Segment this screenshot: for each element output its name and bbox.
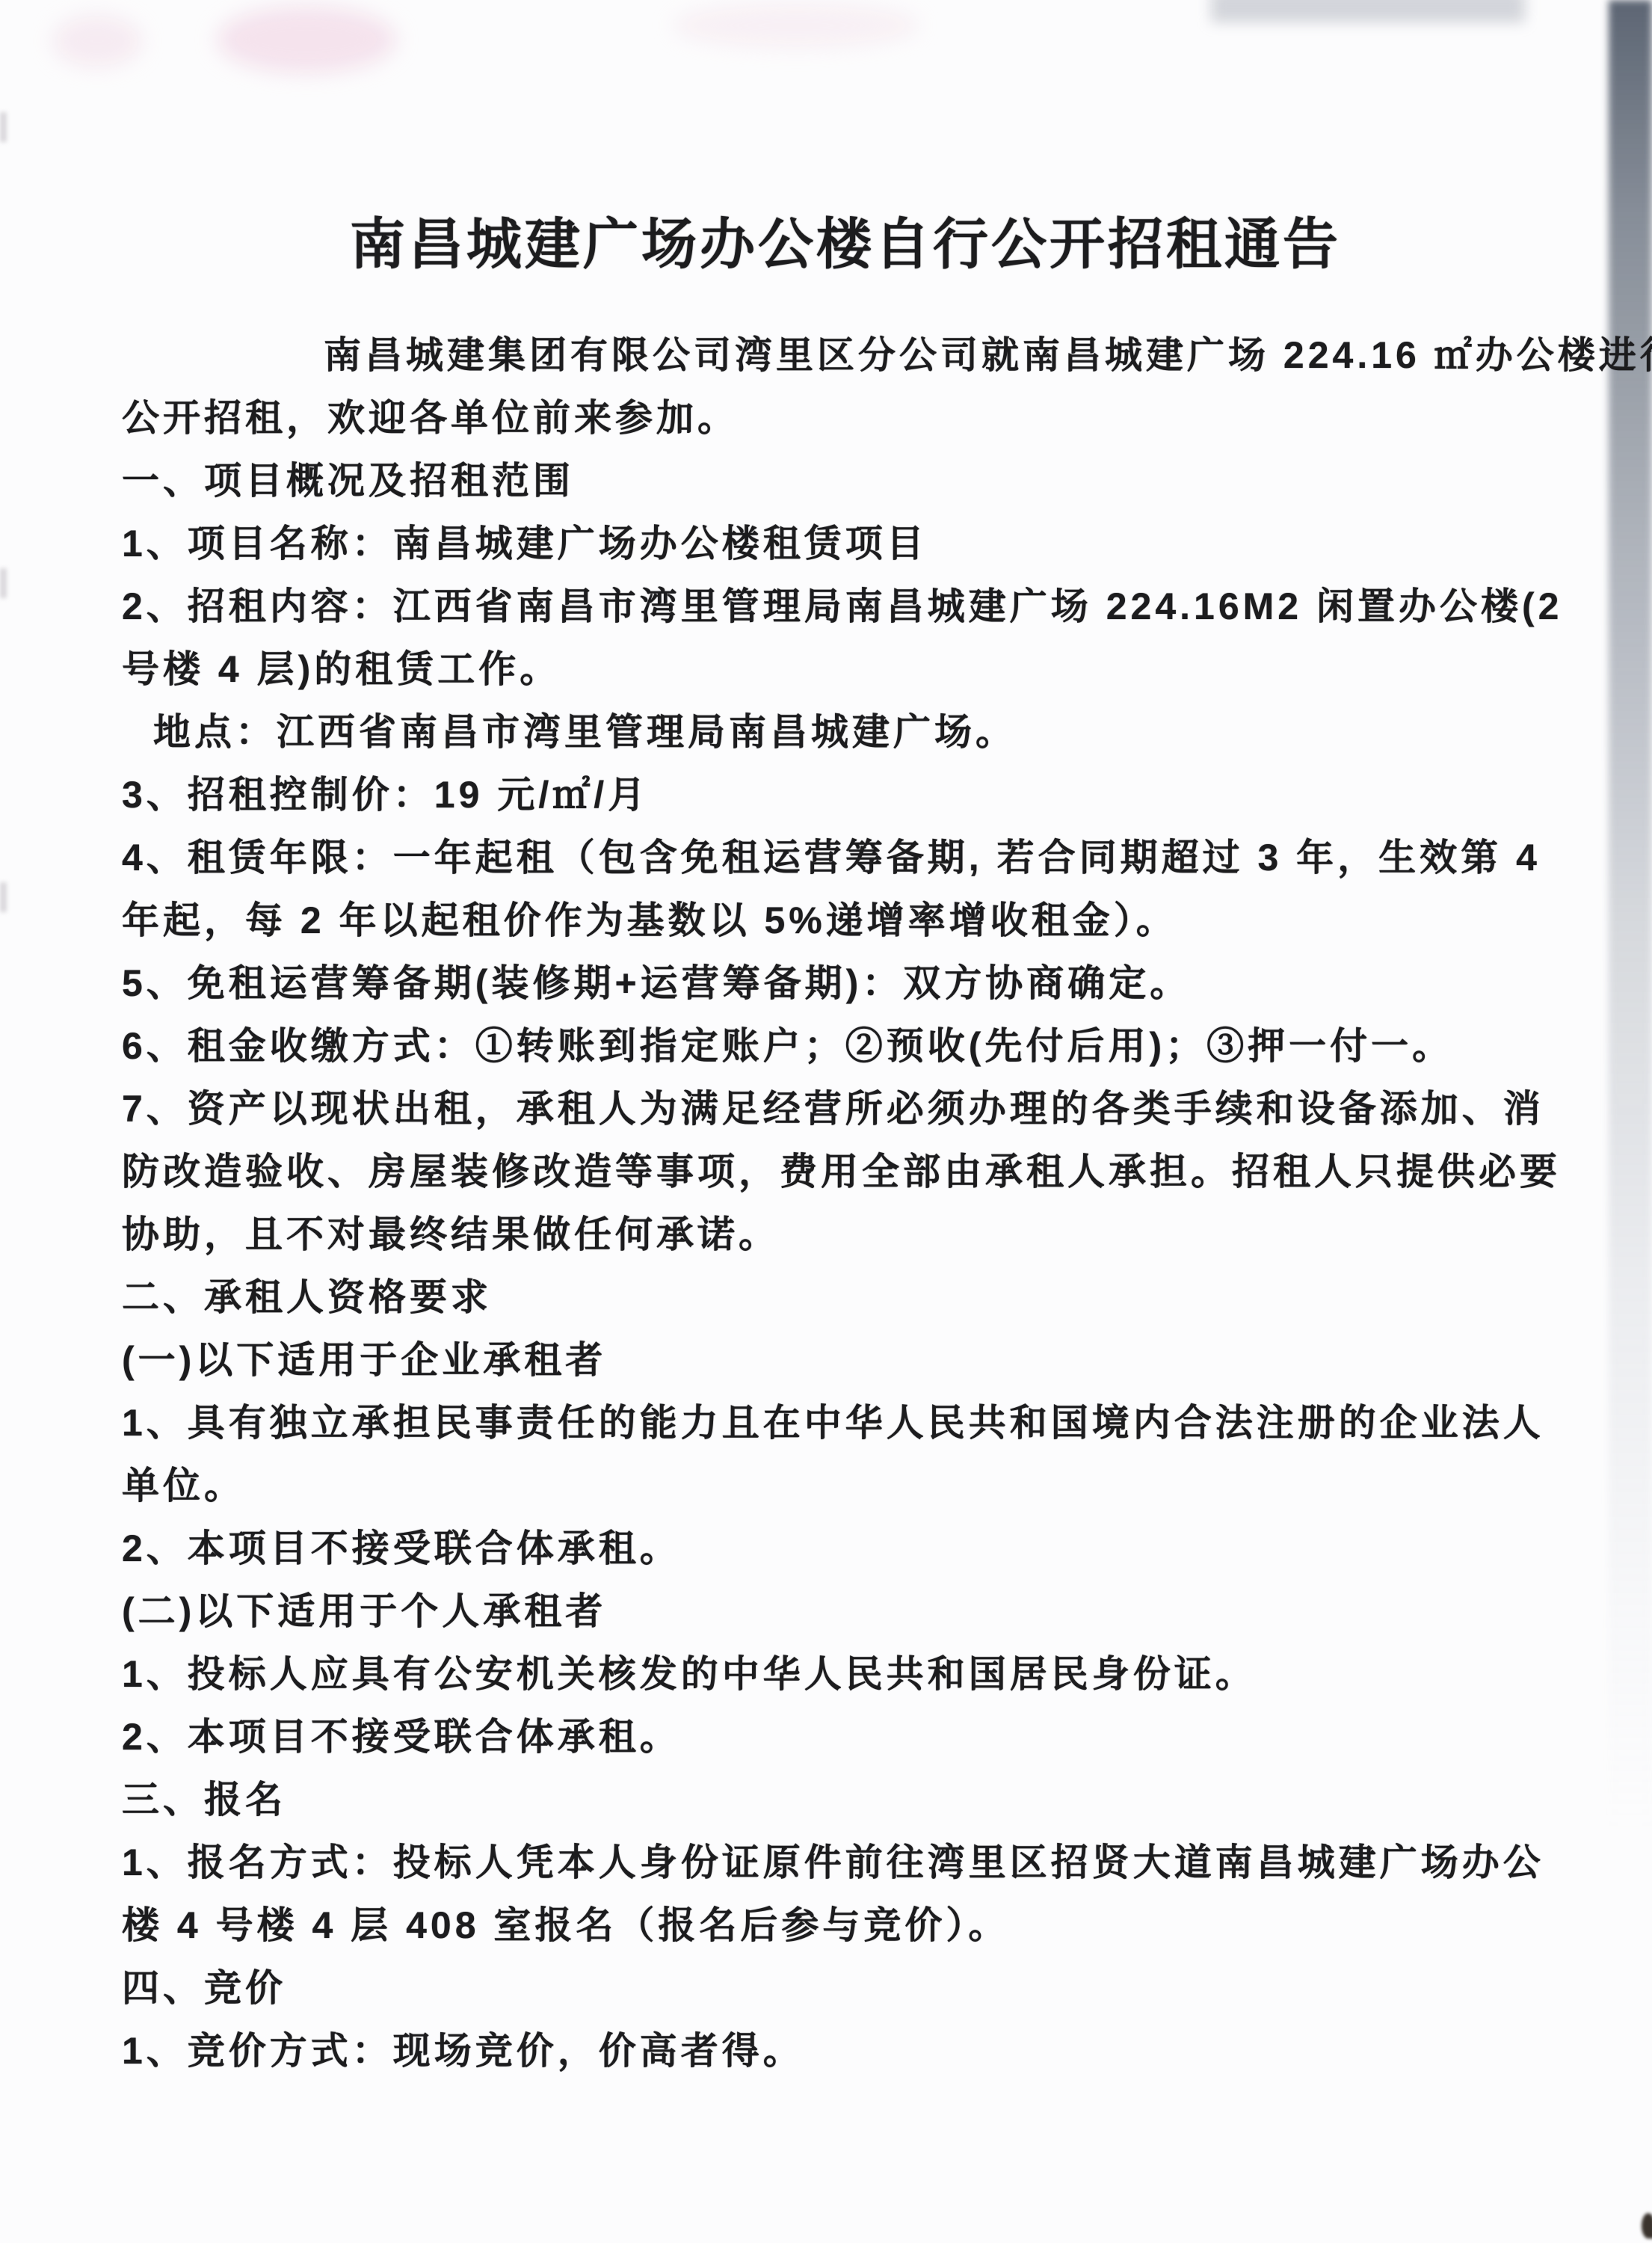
item-location: 地点：江西省南昌市湾里管理局南昌城建广场。: [122, 701, 1475, 763]
scan-smudge-top: [673, 3, 919, 48]
section-1-heading: 一、项目概况及招租范围: [122, 449, 1475, 512]
item-rent-free-period: 5、免租运营筹备期(装修期+运营筹备期)：双方协商确定。: [122, 952, 1475, 1015]
individual-req-2: 2、本项目不接受联合体承租。: [122, 1705, 1475, 1768]
item-payment-methods: 6、租金收缴方式：①转账到指定账户；②预收(先付后用)；③押一付一。: [122, 1015, 1475, 1077]
item-rental-content-line-1: 2、招租内容：江西省南昌市湾里管理局南昌城建广场 224.16M2 闲置办公楼(…: [122, 575, 1475, 638]
section-2-heading: 二、承租人资格要求: [122, 1266, 1475, 1329]
scan-smudge-top: [52, 15, 142, 67]
item-rental-content-line-2: 号楼 4 层)的租赁工作。: [122, 638, 1475, 701]
registration-method-line-1: 1、报名方式：投标人凭本人身份证原件前往湾里区招贤大道南昌城建广场办公: [122, 1831, 1475, 1894]
subsection-individual-heading: (二)以下适用于个人承租者: [122, 1580, 1475, 1643]
item-as-is-condition-line-1: 7、资产以现状出租，承租人为满足经营所必须办理的各类手续和设备添加、消: [122, 1077, 1475, 1140]
item-as-is-condition-line-3: 协助，且不对最终结果做任何承诺。: [122, 1203, 1475, 1266]
registration-method-line-2: 楼 4 号楼 4 层 408 室报名（报名后参与竞价）。: [122, 1894, 1475, 1957]
scan-mark-bottom-right-corner: [1642, 2213, 1652, 2239]
bidding-method: 1、竞价方式：现场竞价，价高者得。: [122, 2019, 1475, 2082]
document-body: 南昌城建集团有限公司湾里区分公司就南昌城建广场 224.16 ㎡办公楼进行 公开…: [122, 324, 1475, 2082]
subsection-enterprise-heading: (一)以下适用于企业承租者: [122, 1329, 1475, 1391]
enterprise-req-1-line-2: 单位。: [122, 1454, 1475, 1517]
enterprise-req-1-line-1: 1、具有独立承担民事责任的能力且在中华人民共和国境内合法注册的企业法人: [122, 1391, 1475, 1454]
individual-req-1: 1、投标人应具有公安机关核发的中华人民共和国居民身份证。: [122, 1643, 1475, 1705]
item-price-control: 3、招租控制价：19 元/㎡/月: [122, 763, 1475, 826]
intro-paragraph-line-2: 公开招租，欢迎各单位前来参加。: [122, 387, 1475, 449]
document-title: 南昌城建广场办公楼自行公开招租通告: [19, 200, 1652, 280]
intro-paragraph-line-1: 南昌城建集团有限公司湾里区分公司就南昌城建广场 224.16 ㎡办公楼进行: [122, 324, 1475, 387]
item-project-name: 1、项目名称：南昌城建广场办公楼租赁项目: [122, 512, 1475, 575]
item-lease-term-line-1: 4、租赁年限：一年起租（包含免租运营筹备期, 若合同期超过 3 年，生效第 4: [122, 826, 1475, 889]
scan-smudge-top-right: [1211, 0, 1525, 22]
scan-mark-left-edge: [0, 112, 7, 142]
scan-smudge-top: [217, 6, 396, 73]
scanned-document-page: 南昌城建广场办公楼自行公开招租通告 南昌城建集团有限公司湾里区分公司就南昌城建广…: [0, 0, 1652, 2243]
scan-mark-left-edge: [0, 882, 7, 912]
section-4-heading: 四、竞价: [122, 1957, 1475, 2019]
item-lease-term-line-2: 年起，每 2 年以起租价作为基数以 5%递增率增收租金）。: [122, 889, 1475, 952]
item-as-is-condition-line-2: 防改造验收、房屋装修改造等事项，费用全部由承租人承担。招租人只提供必要: [122, 1140, 1475, 1203]
scan-mark-left-edge: [0, 568, 7, 598]
section-3-heading: 三、报名: [122, 1768, 1475, 1831]
enterprise-req-2: 2、本项目不接受联合体承租。: [122, 1517, 1475, 1580]
